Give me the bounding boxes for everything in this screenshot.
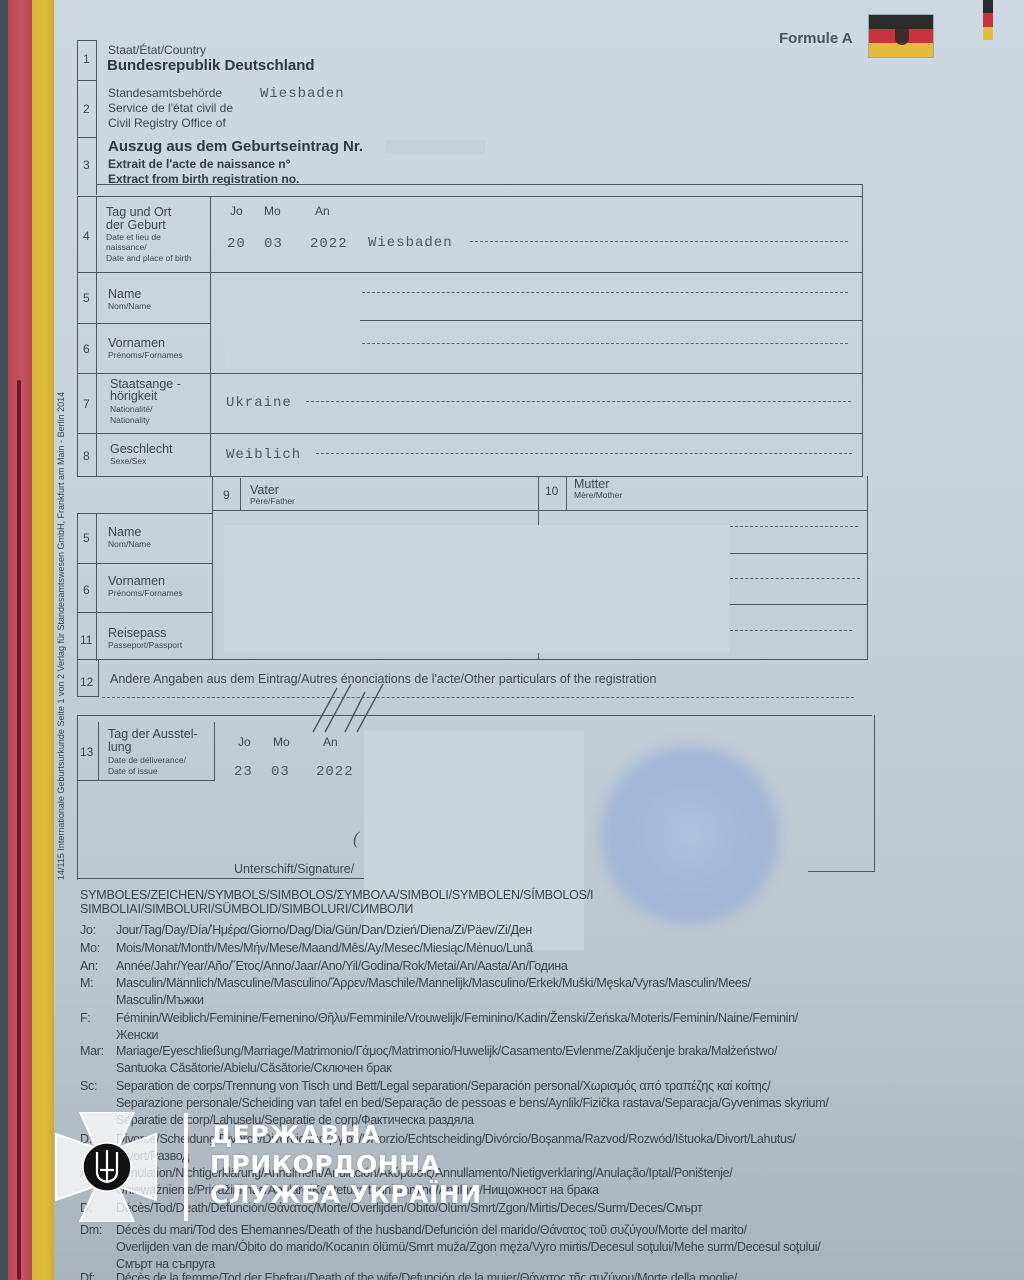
- issue-day-value: 23: [234, 764, 253, 780]
- issue-year-value: 2022: [316, 764, 354, 780]
- redacted-child-name: [225, 288, 360, 368]
- given-names-label-sub: Prénoms/Fornames: [108, 351, 183, 361]
- issue-year-column-label: An: [323, 735, 338, 750]
- symbol-key: Sc:: [80, 1078, 116, 1095]
- watermark-line: ДЕРЖАВНА: [210, 1120, 482, 1150]
- issue-date-label-sub: Date of issue: [108, 767, 158, 777]
- watermark-line: СЛУЖБА УКРАЇНИ: [210, 1180, 482, 1210]
- symbol-translations: Décès de la femme/Tod der Ehefrau/Death …: [116, 1270, 936, 1280]
- eagle-icon: [895, 23, 909, 45]
- field-number: 2: [83, 102, 90, 116]
- symbol-translations: Женски: [116, 1027, 936, 1044]
- birth-place-value: Wiesbaden: [368, 235, 453, 251]
- birth-label-sub: naissance/: [106, 243, 147, 253]
- birth-day-value: 20: [227, 236, 246, 252]
- passport-label: Reisepass: [108, 627, 166, 640]
- issue-month-value: 03: [271, 764, 290, 780]
- field-number: 7: [83, 397, 90, 411]
- registry-office-label-en: Civil Registry Office of: [108, 116, 226, 131]
- extract-label-de: Auszug aus dem Geburtseintrag Nr.: [108, 138, 363, 155]
- symbol-key: Dm:: [80, 1222, 116, 1239]
- parent-name-label-sub: Nom/Name: [108, 540, 151, 550]
- field-number: 4: [83, 229, 90, 243]
- given-names-label: Vornamen: [108, 337, 165, 350]
- watermark-line: ПРИКОРДОННА: [210, 1150, 482, 1180]
- symbol-key: Mo:: [80, 940, 116, 957]
- field-number: 11: [80, 633, 92, 647]
- binding-yellow-stripe: [32, 0, 54, 1280]
- field-number: 12: [80, 675, 93, 689]
- field-number: 5: [83, 531, 90, 545]
- symbol-key: Df:: [80, 1270, 116, 1280]
- parent-given-names-label-sub: Prénoms/Fornames: [108, 589, 183, 599]
- nationality-label-line2: hörigkeit: [110, 390, 157, 403]
- flag-strip-icon: [983, 0, 993, 40]
- nationality-value: Ukraine: [226, 395, 292, 411]
- sex-label-sub: Sexe/Sex: [110, 457, 146, 467]
- extract-label-fr: Extrait de l'acte de naissance n°: [108, 157, 290, 171]
- symbol-translations: Separazione personale/Scheiding van tafe…: [116, 1095, 936, 1112]
- symbol-key: F:: [80, 1010, 116, 1027]
- publisher-imprint: 14/115 Internationale Geburtsurkunde Sei…: [56, 340, 66, 880]
- month-column-label: Mo: [264, 204, 281, 219]
- registry-office-label-fr: Service de l'état civil de: [108, 101, 233, 116]
- signature-mark: (: [353, 828, 359, 849]
- symbols-heading-cont: SIMBOLIAI/SIMBOLURI/SÜMBOLID/SIMBOLURI/С…: [80, 902, 413, 916]
- sex-value: Weiblich: [226, 447, 301, 463]
- symbol-translations: Jour/Tag/Day/Día/Ἡμέρα/Giorno/Dag/Dia/Gü…: [116, 922, 936, 939]
- field-number: 13: [80, 745, 93, 759]
- border-guard-emblem-icon: [52, 1112, 162, 1222]
- binding-thread: [17, 380, 21, 1280]
- name-label: Name: [108, 288, 141, 301]
- sex-label: Geschlecht: [110, 443, 173, 456]
- year-column-label: An: [315, 204, 330, 219]
- symbol-key: An:: [80, 958, 116, 975]
- field-number: 9: [223, 488, 230, 502]
- nationality-label-sub: Nationalité/: [110, 405, 153, 415]
- birth-year-value: 2022: [310, 236, 348, 252]
- passport-label-sub: Passeport/Passport: [108, 641, 182, 651]
- name-label-sub: Nom/Name: [108, 302, 151, 312]
- father-label-sub: Père/Father: [250, 497, 295, 507]
- redacted-signature-area: [364, 730, 584, 950]
- german-flag-icon: [868, 14, 934, 58]
- nationality-label-sub: Nationality: [110, 416, 150, 426]
- issue-day-column-label: Jo: [238, 735, 251, 750]
- watermark-text: ДЕРЖАВНА ПРИКОРДОННА СЛУЖБА УКРАЇНИ: [210, 1120, 482, 1210]
- parent-given-names-label: Vornamen: [108, 575, 165, 588]
- registry-office-label-de: Standesamtsbehörde: [108, 86, 222, 101]
- birth-label-sub: Date and place of birth: [106, 254, 192, 264]
- symbol-translations: Separation de corps/Trennung von Tisch u…: [116, 1078, 936, 1095]
- country-value: Bundesrepublik Deutschland: [107, 57, 315, 74]
- blurred-official-stamp: [595, 740, 785, 930]
- field-number: 6: [83, 583, 90, 597]
- field-number: 1: [83, 52, 90, 66]
- symbol-key: Jo:: [80, 922, 116, 939]
- issue-date-label-line2: lung: [108, 741, 132, 754]
- binding-edge: [0, 0, 8, 1280]
- symbol-translations: Mariage/Eyeschließung/Marriage/Matrimoni…: [116, 1043, 936, 1060]
- symbol-translations: Overlijden van de man/Óbito do marido/Ko…: [116, 1239, 936, 1256]
- field-number: 8: [83, 449, 90, 463]
- symbols-heading: SYMBOLES/ZEICHEN/SYMBOLS/SIMBOLOS/ΣΥΜΒΟΛ…: [80, 888, 593, 902]
- watermark-divider: [184, 1113, 188, 1221]
- country-label: Staat/État/Country: [108, 43, 206, 58]
- mother-label-sub: Mère/Mother: [574, 491, 622, 501]
- issue-date-label-sub: Date de déliverance/: [108, 756, 186, 766]
- day-column-label: Jo: [230, 204, 243, 219]
- field-number: 6: [83, 342, 90, 356]
- birth-label-line2: der Geburt: [106, 219, 166, 232]
- signature-label: Unterschift/Signature/: [234, 862, 354, 877]
- symbol-translations: Masculin/Мъжки: [116, 992, 936, 1009]
- parent-name-label: Name: [108, 526, 141, 539]
- symbol-translations: Masculin/Männlich/Masculine/Masculino/Ἄρ…: [116, 975, 936, 992]
- symbol-key: M:: [80, 975, 116, 992]
- field-number: 5: [83, 291, 90, 305]
- symbol-translations: Année/Jahr/Year/Año/Ἔτος/Anno/Jaar/Ano/Y…: [116, 958, 936, 975]
- registry-office-value: Wiesbaden: [260, 86, 345, 102]
- issue-month-column-label: Mo: [273, 735, 290, 750]
- symbol-key: Mar:: [80, 1043, 116, 1060]
- birth-month-value: 03: [264, 236, 283, 252]
- form-label: Formule A: [779, 30, 853, 47]
- redacted-parents-data: [224, 525, 729, 653]
- redacted-registration-number: [385, 140, 485, 154]
- symbol-translations: Mois/Monat/Month/Mes/Μήν/Mese/Maand/Mês/…: [116, 940, 936, 957]
- symbol-translations: Décès du mari/Tod des Ehemannes/Death of…: [116, 1222, 936, 1239]
- symbol-translations: Santuoka Căsătorie/Abielu/Căsătorie/Склю…: [116, 1060, 936, 1077]
- symbol-translations: Féminin/Weiblich/Feminine/Femenino/Θῆλυ/…: [116, 1010, 936, 1027]
- field-number: 10: [545, 484, 558, 498]
- field-number: 3: [83, 158, 90, 172]
